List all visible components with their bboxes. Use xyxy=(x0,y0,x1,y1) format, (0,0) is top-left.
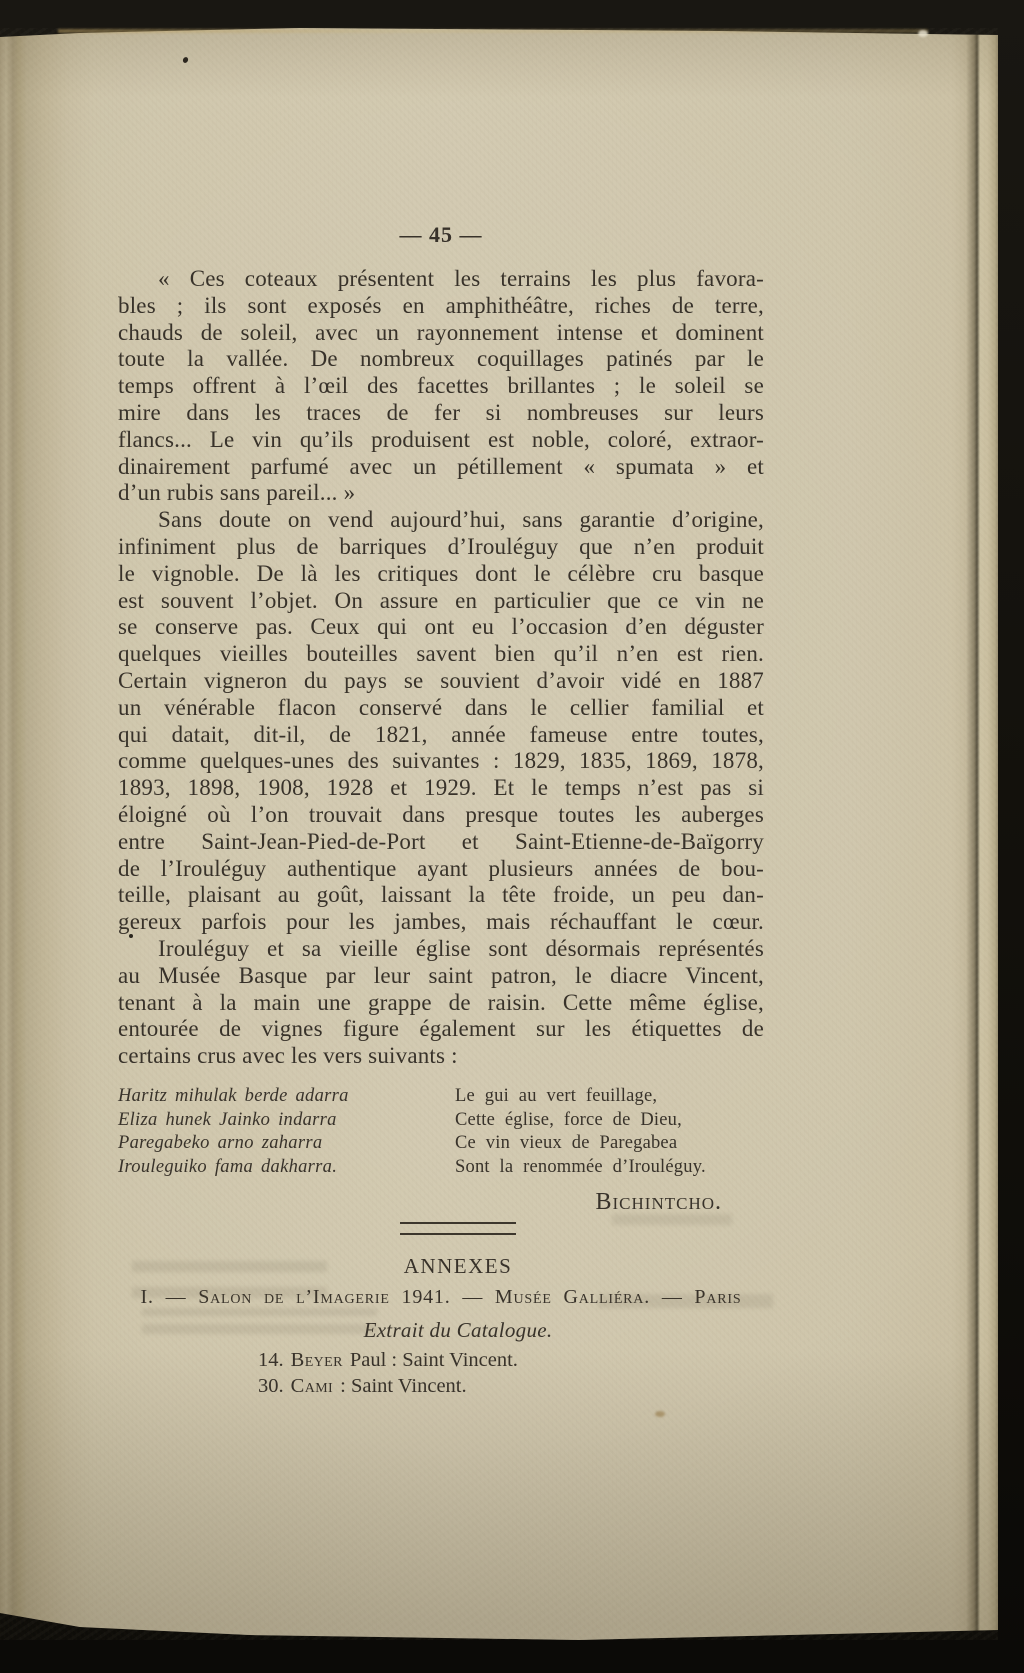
text-line: un vénérable flacon conservé dans le cel… xyxy=(118,695,764,722)
verse-line: Irouleguiko fama dakharra. xyxy=(118,1156,418,1180)
annex-subtitle: Extrait du Catalogue. xyxy=(338,1318,578,1343)
paragraph: Sans doute on vend aujourd’hui, sans gar… xyxy=(118,507,764,936)
text-line: infiniment plus de barriques d’Irouléguy… xyxy=(118,534,764,561)
text-line: de l’Irouléguy authentique ayant plusieu… xyxy=(118,856,764,883)
text-line: certains crus avec les vers suivants : xyxy=(118,1043,764,1070)
item-artist-name: Beyer xyxy=(291,1349,343,1371)
verse-line: Haritz mihulak berde adarra xyxy=(118,1085,418,1109)
text-line: teille, plaisant au goût, laissant la tê… xyxy=(118,882,764,909)
text-line: bles ; ils sont exposés en amphithéâtre,… xyxy=(118,293,764,320)
verse-line: Ce vin vieux de Paregabea xyxy=(455,1132,775,1156)
verse-line: Paregabeko arno zaharra xyxy=(118,1132,418,1156)
text-line: se conserve pas. Ceux qui ont eu l’occas… xyxy=(118,614,764,641)
text-line: entre Saint-Jean-Pied-de-Port et Saint-E… xyxy=(118,829,764,856)
text-line: est souvent l’objet. On assure en partic… xyxy=(118,588,764,615)
catalog-items: 14.BeyerPaul : Saint Vincent. 30.Cami: S… xyxy=(258,1347,518,1399)
item-title: : Saint Vincent. xyxy=(340,1375,467,1397)
page-content: — 45 — « Ces coteaux présentent les terr… xyxy=(0,0,1024,1673)
double-rule-separator xyxy=(400,1222,516,1235)
text-line: le vignoble. De là les critiques dont le… xyxy=(118,561,764,588)
text-line: entourée de vignes figure également sur … xyxy=(118,1016,764,1043)
page-number: — 45 — xyxy=(118,222,764,248)
text-line: 1893, 1898, 1908, 1928 et 1929. Et le te… xyxy=(118,775,764,802)
text-line: mire dans les traces de fer si nombreuse… xyxy=(118,400,764,427)
scanned-book-page: — 45 — « Ces coteaux présentent les terr… xyxy=(0,0,1024,1673)
paragraph: « Ces coteaux présentent les terrains le… xyxy=(118,266,764,507)
author-signature: Bichintcho. xyxy=(440,1189,722,1216)
text-line: tenant à la main une grappe de raisin. C… xyxy=(118,990,764,1017)
annexes-heading: ANNEXES xyxy=(338,1254,578,1279)
text-line: gereux parfois pour les jambes, mais réc… xyxy=(118,909,764,936)
text-line: qui datait, dit-il, de 1821, année fameu… xyxy=(118,722,764,749)
catalog-item: 30.Cami: Saint Vincent. xyxy=(258,1373,518,1399)
item-artist-name: Cami xyxy=(291,1375,334,1397)
text-line: dinairement parfumé avec un pétillement … xyxy=(118,454,764,481)
ink-speck xyxy=(182,56,189,64)
verse-line: Cette église, force de Dieu, xyxy=(455,1109,775,1133)
text-line: Certain vigneron du pays se souvient d’a… xyxy=(118,668,764,695)
item-title: Paul : Saint Vincent. xyxy=(350,1349,518,1371)
paragraph: Irouléguy et sa vieille église sont déso… xyxy=(118,936,764,1070)
verse-basque-column: Haritz mihulak berde adarraEliza hunek J… xyxy=(118,1085,418,1179)
ink-speck xyxy=(129,934,133,938)
body-text: « Ces coteaux présentent les terrains le… xyxy=(118,266,764,1070)
text-line: « Ces coteaux présentent les terrains le… xyxy=(118,266,764,293)
text-line: d’un rubis sans pareil... » xyxy=(118,480,764,507)
text-line: flancs... Le vin qu’ils produisent est n… xyxy=(118,427,764,454)
catalog-item: 14.BeyerPaul : Saint Vincent. xyxy=(258,1347,518,1373)
paper-stain xyxy=(655,1411,665,1417)
annex-entry: I. — Salon de l’Imagerie 1941. — Musée G… xyxy=(112,1286,770,1309)
text-line: temps offrent à l’œil des facettes brill… xyxy=(118,373,764,400)
text-line: éloigné où l’on trouvait dans presque to… xyxy=(118,802,764,829)
item-number: 30. xyxy=(258,1375,284,1397)
text-line: comme quelques-unes des suivantes : 1829… xyxy=(118,748,764,775)
text-line: Irouléguy et sa vieille église sont déso… xyxy=(118,936,764,963)
verse-line: Eliza hunek Jainko indarra xyxy=(118,1109,418,1133)
text-line: au Musée Basque par leur saint patron, l… xyxy=(118,963,764,990)
text-line: toute la vallée. De nombreux coquillages… xyxy=(118,346,764,373)
text-line: chauds de soleil, avec un rayonnement in… xyxy=(118,320,764,347)
verse-line: Le gui au vert feuillage, xyxy=(455,1085,775,1109)
verse-line: Sont la renommée d’Irouléguy. xyxy=(455,1156,775,1180)
text-line: quelques vieilles bouteilles savent bien… xyxy=(118,641,764,668)
verse-french-column: Le gui au vert feuillage,Cette église, f… xyxy=(455,1085,775,1179)
item-number: 14. xyxy=(258,1349,284,1371)
text-line: Sans doute on vend aujourd’hui, sans gar… xyxy=(118,507,764,534)
